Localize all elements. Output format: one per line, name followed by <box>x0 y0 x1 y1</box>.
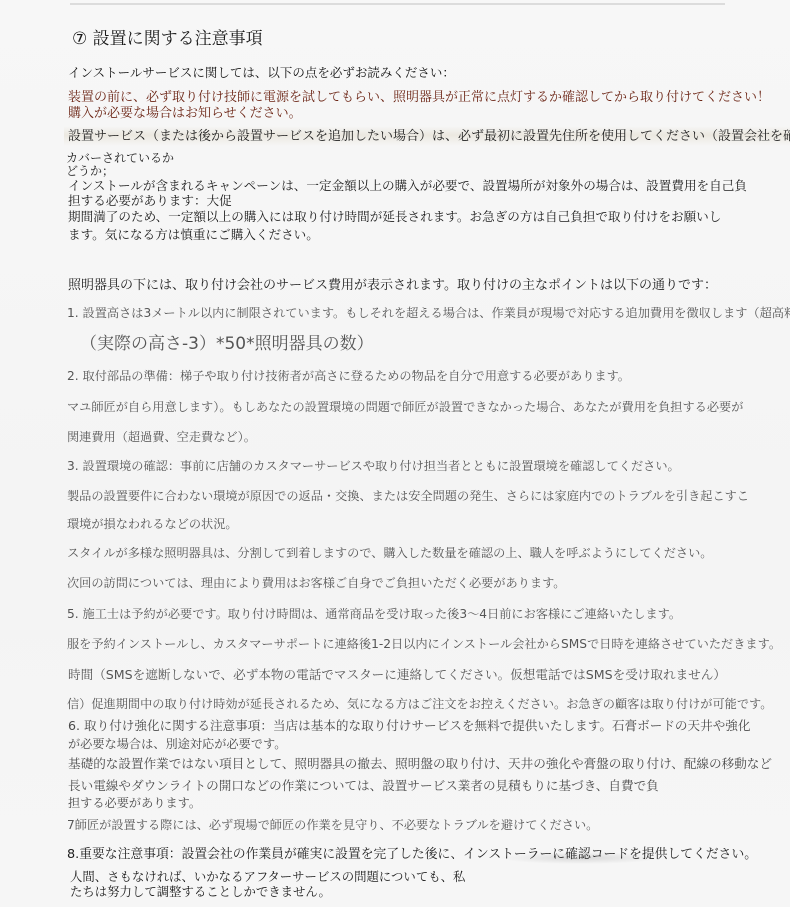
point-8-line-1: 8.重要な注意事項：設置会社の作業員が確実に設置を完了した後に、インストーラーに… <box>67 849 757 862</box>
point-3-line-5: 次回の訪問については、理由により費用はお客様ご自身でご負担いただく必要があります… <box>67 577 565 589</box>
point-6-line-5: 担する必要があります。 <box>68 797 201 809</box>
section-title: ⑦ 設置に関する注意事項 <box>72 31 263 48</box>
point-1: 1. 設置高さは3メートル以内に制限されています。もしそれを超える場合は、作業員… <box>67 307 790 319</box>
point-5-line-3: 時間（SMSを遮断しないで、必ず本物の電話でマスターに連絡してください。仮想電話… <box>68 669 726 682</box>
point-6-line-4: 長い電線やダウンライトの開口などの作業については、設置サービス業者の見積もりに基… <box>68 780 659 793</box>
point-5-line-4: 信）促進期間中の取り付け時効が延長されるため、気になる方はご注文をお控えください… <box>67 698 772 710</box>
point-5-line-1: 5. 施工士は予約が必要です。取り付け時間は、通常商品を受け取った後3〜4日前に… <box>67 608 681 620</box>
warning-line-1: 装置の前に、必ず取り付け技師に電源を試してもらい、照明器具が正常に点灯するか確認… <box>68 91 770 104</box>
point-7: 7師匠が設置する際には、必ず現場で師匠の作業を見守り、不必要なトラブルを避けてく… <box>67 819 598 831</box>
note-line-4: インストールが含まれるキャンペーンは、一定金額以上の購入が必要で、設置場所が対象… <box>68 180 747 193</box>
installation-notes-page: ⑦ 設置に関する注意事項 インストールサービスに関しては、以下の点を必ずお読みく… <box>0 0 790 907</box>
point-6-line-1: 6. 取り付け強化に関する注意事項：当店は基本的な取り付けサービスを無料で提供い… <box>68 720 750 733</box>
point-3-line-1: 3. 設置環境の確認：事前に店舗のカスタマーサービスや取り付け担当者とともに設置… <box>67 460 680 472</box>
note-line-6: 期間満了のため、一定額以上の購入には取り付け時間が延長されます。お急ぎの方は自己… <box>68 211 721 224</box>
note-line-7: ます。気になる方は慎重にご購入ください。 <box>68 229 319 242</box>
fee-formula: （実際の高さ-3）*50*照明器具の数） <box>80 336 374 353</box>
point-6-line-3: 基礎的な設置作業ではない項目として、照明器具の撤去、照明盤の取り付け、天井の強化… <box>68 758 772 771</box>
point-6-line-2: が必要な場合は、別途対応が必要です。 <box>68 738 286 750</box>
warning-line-2: 購入が必要な場合はお知らせください。 <box>68 107 302 120</box>
point-3-line-3: 環境が損なわれるなどの状況。 <box>67 518 238 530</box>
points-intro: 照明器具の下には、取り付け会社のサービス費用が表示されます。取り付けの主なポイン… <box>68 279 717 292</box>
note-line-3: どうか； <box>66 165 114 177</box>
point-5-line-2: 服を予約インストールし、カスタマーサポートに連絡後1-2日以内にインストール会社… <box>67 638 781 650</box>
point-3-line-4: スタイルが多様な照明器具は、分割して到着しますので、購入した数量を確認の上、職人… <box>67 547 712 559</box>
point-2-line-3: 関連費用（超過費、空走費など）。 <box>67 431 256 443</box>
point-8-line-3: たちは努力して調整することしかできません。 <box>70 886 331 898</box>
note-line-5: 担する必要があります：大促 <box>68 195 232 208</box>
point-2-line-1: 2. 取付部品の準備：梯子や取り付け技術者が高さに登るための物品を自分で用意する… <box>67 370 630 382</box>
point-3-line-2: 製品の設置要件に合わない環境が原因での返品・交換、または安全問題の発生、さらには… <box>67 490 749 502</box>
point-8-line-2: 人間、さもなければ、いかなるアフターサービスの問題についても、私 <box>70 871 465 883</box>
note-line-1: 設置サービス（または後から設置サービスを追加したい場合）は、必ず最初に設置先住所… <box>68 130 790 143</box>
intro-text: インストールサービスに関しては、以下の点を必ずお読みください： <box>68 67 455 80</box>
point-2-line-2: マユ師匠が自ら用意します）。もしあなたの設置環境の問題で師匠が設置できなかった場… <box>67 401 743 413</box>
note-line-2: カバーされているか <box>66 152 174 164</box>
top-divider <box>70 3 725 5</box>
